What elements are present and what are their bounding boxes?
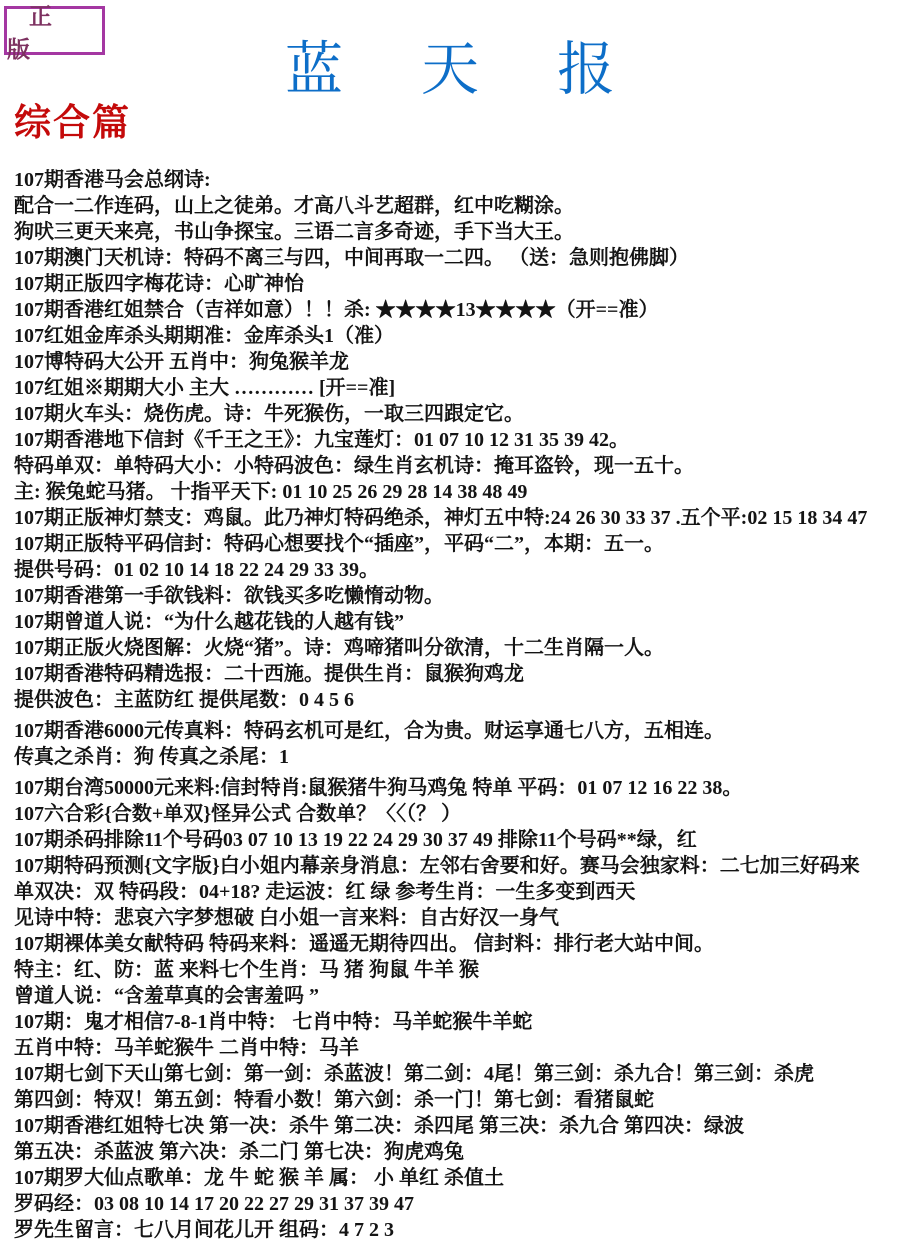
text-line: 107期特码预测{文字版}白小姐内幕亲身消息：左邻右舍要和好。赛马会独家料：二七… [14,853,900,879]
text-line: 曾道人说：“含羞草真的会害羞吗 ” [14,983,900,1009]
text-line: 罗码经：03 08 10 14 17 20 22 27 29 31 37 39 … [14,1191,900,1217]
text-line: 配合一二作连码，山上之徒弟。才高八斗艺超群，红中吃糊涂。 [14,193,900,219]
text-line: 罗先生留言：七八月间花儿开 组码：4 7 2 3 [14,1217,900,1243]
text-line: 107红姐※期期大小 主大 ………… [开==准] [14,375,900,401]
text-line: 107期裸体美女献特码 特码来料：遥遥无期待四出。 信封料：排行老大站中间。 [14,931,900,957]
text-line: 传真之杀肖：狗 传真之杀尾：1 [14,744,900,770]
body-text: 107期香港马会总纲诗:配合一二作连码，山上之徒弟。才高八斗艺超群，红中吃糊涂。… [14,167,900,1243]
text-line: 107期香港特码精选报：二十西施。提供生肖：鼠猴狗鸡龙 [14,661,900,687]
text-line: 单双决：双 特码段：04+18? 走运波：红 绿 参考生肖：一生多变到西天 [14,879,900,905]
text-line: 107期正版神灯禁支：鸡鼠。此乃神灯特码绝杀，神灯五中特:24 26 30 33… [14,505,900,531]
text-line: 107期：鬼才相信7-8-1肖中特： 七肖中特：马羊蛇猴牛羊蛇 [14,1009,900,1035]
text-line: 第四剑：特双！第五剑：特看小数！第六剑：杀一门！第七剑：看猪鼠蛇 [14,1087,900,1113]
text-line: 107期罗大仙点歌单：龙 牛 蛇 猴 羊 属： 小 单红 杀值土 [14,1165,900,1191]
text-line: 107期火车头：烧伤虎。诗：牛死猴伤，一取三四跟定它。 [14,401,900,427]
page-title: 蓝天报 [0,22,900,106]
text-line: 见诗中特：悲哀六字梦想破 白小姐一言来料：自古好汉一身气 [14,905,900,931]
text-line: 107期七剑下天山第七剑：第一剑：杀蓝波！第二剑：4尾！第三剑：杀九合！第三剑：… [14,1061,900,1087]
text-line: 提供号码：01 02 10 14 18 22 24 29 33 39。 [14,557,900,583]
text-line: 107期香港红姐禁合（吉祥如意）！！杀: ★★★★13★★★★（开==准） [14,297,900,323]
text-line: 107期正版特平码信封：特码心想要找个“插座”，平码“二”，本期：五一。 [14,531,900,557]
newspaper-page: { "badge": { "label": "正 版" }, "header":… [0,0,900,1243]
text-line: 107期香港6000元传真料：特码玄机可是红，合为贵。财运享通七八方，五相连。 [14,718,900,744]
text-line: 特码单双：单特码大小：小特码波色：绿生肖玄机诗：掩耳盗铃，现一五十。 [14,453,900,479]
text-line: 第五决：杀蓝波 第六决：杀二门 第七决：狗虎鸡兔 [14,1139,900,1165]
text-line: 107期正版火烧图解：火烧“猪”。诗：鸡啼猪叫分欲清，十二生肖隔一人。 [14,635,900,661]
text-line: 107期香港地下信封《千王之王》：九宝莲灯：01 07 10 12 31 35 … [14,427,900,453]
text-line: 107六合彩{合数+单双}怪异公式 合数单？〈〈（？ ） [14,801,900,827]
text-line: 107博特码大公开 五肖中：狗兔猴羊龙 [14,349,900,375]
section-heading: 综合篇 [14,92,131,146]
text-line: 狗吠三更天来亮，书山争探宝。三语二言多奇迹，手下当大王。 [14,219,900,245]
text-line: 主: 猴兔蛇马猪。 十指平天下: 01 10 25 26 29 28 14 38… [14,479,900,505]
text-line: 107期香港红姐特七决 第一决：杀牛 第二决：杀四尾 第三决：杀九合 第四决：绿… [14,1113,900,1139]
text-line: 特主：红、防：蓝 来料七个生肖：马 猪 狗鼠 牛羊 猴 [14,957,900,983]
text-line: 107红姐金库杀头期期准：金库杀头1（准） [14,323,900,349]
text-line: 107期正版四字梅花诗：心旷神怡 [14,271,900,297]
text-line: 107期曾道人说：“为什么越花钱的人越有钱” [14,609,900,635]
text-line: 五肖中特：马羊蛇猴牛 二肖中特：马羊 [14,1035,900,1061]
text-line: 107期香港第一手欲钱料：欲钱买多吃懒惰动物。 [14,583,900,609]
text-line: 提供波色：主蓝防红 提供尾数：0 4 5 6 [14,687,900,713]
text-line: 107期香港马会总纲诗: [14,167,900,193]
text-line: 107期澳门天机诗：特码不离三与四，中间再取一二四。 （送：急则抱佛脚） [14,245,900,271]
text-line: 107期杀码排除11个号码03 07 10 13 19 22 24 29 30 … [14,827,900,853]
text-line: 107期台湾50000元来料:信封特肖:鼠猴猪牛狗马鸡兔 特单 平码：01 07… [14,775,900,801]
